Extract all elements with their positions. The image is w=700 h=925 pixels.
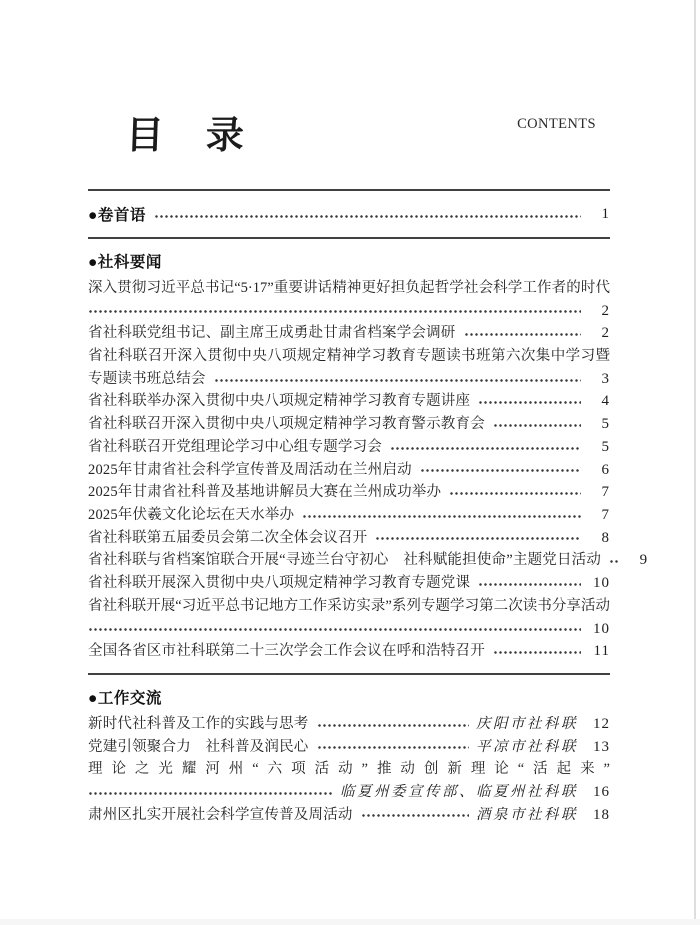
toc-entry-row: 肃州区扎实开展社会科学宣传普及周活动酒泉市社科联18	[88, 804, 610, 827]
page-number: 7	[588, 481, 610, 504]
leader-dots	[464, 322, 582, 345]
leader-dots	[88, 781, 333, 804]
contents-label: CONTENTS	[517, 116, 596, 133]
toc-entry-row: 党建引领聚合力 社科普及润民心平凉市社科联13	[88, 736, 610, 759]
toc-entry-title: 省社科联党组书记、副主席王成勇赴甘肃省档案学会调研	[88, 322, 456, 345]
toc-entry-row: 省社科联召开深入贯彻中央八项规定精神学习教育警示教育会5	[88, 413, 610, 436]
toc-entry-title: 肃州区扎实开展社会科学宣传普及周活动	[88, 804, 353, 827]
divider-rule	[88, 673, 610, 675]
page-number: 3	[588, 368, 610, 391]
entry-list: 深入贯彻习近平总书记“5·17”重要讲话精神更好担负起哲学社会科学工作者的时代使…	[88, 277, 610, 663]
toc-entry-row: 省社科联与省档案馆联合开展“寻迹兰台守初心 社科赋能担使命”主题党日活动9	[88, 549, 610, 572]
toc-entry: 省社科联与省档案馆联合开展“寻迹兰台守初心 社科赋能担使命”主题党日活动9	[88, 549, 610, 572]
toc-entry-title: 省社科联开展“习近平总书记地方工作采访实录”系列专题学习第二次读书分享活动	[88, 595, 610, 618]
toc-entry: 肃州区扎实开展社会科学宣传普及周活动酒泉市社科联18	[88, 804, 610, 827]
content-area: 目 录 CONTENTS ●卷首语 1 ●社科要闻深入贯彻习近平总书记“5·17…	[88, 0, 610, 835]
toc-entry: 理论之光耀河州“六项活动”推动创新理论“活起来”临夏州委宣传部、临夏州社科联16	[88, 758, 610, 803]
page-number: 11	[588, 640, 610, 663]
toc-entry-title: 深入贯彻习近平总书记“5·17”重要讲话精神更好担负起哲学社会科学工作者的时代使…	[88, 277, 610, 300]
toc-entry-title: 省社科联召开深入贯彻中央八项规定精神学习教育专题读书班第六次集中学习暨	[88, 345, 610, 368]
toc-entry: 2025年伏羲文化论坛在天水举办7	[88, 504, 610, 527]
toc-entry-title: 省社科联召开深入贯彻中央八项规定精神学习教育警示教育会	[88, 413, 485, 436]
page-header: 目 录 CONTENTS	[88, 0, 610, 189]
toc-entry-title: 省社科联第五届委员会第二次全体会议召开	[88, 527, 367, 550]
page-number: 2	[588, 322, 610, 345]
toc-entry: 2025年甘肃省社会科学宣传普及周活动在兰州启动6	[88, 459, 610, 482]
page-number: 9	[626, 549, 648, 572]
toc-entry-title: 省社科联召开党组理论学习中心组专题学习会	[88, 436, 382, 459]
toc-entry-title: 省社科联举办深入贯彻中央八项规定精神学习教育专题讲座	[88, 390, 470, 413]
toc-entry-title: 2025年伏羲文化论坛在天水举办	[88, 504, 294, 527]
toc-entry-row: 专题读书班总结会3	[88, 368, 610, 391]
toc-entry-title: 全国各省区市社科联第二十三次学会工作会议在呼和浩特召开	[88, 640, 485, 663]
toc-entry-row: 省社科联举办深入贯彻中央八项规定精神学习教育专题讲座4	[88, 390, 610, 413]
entry-list: 新时代社科普及工作的实践与思考庆阳市社科联12党建引领聚合力 社科普及润民心平凉…	[88, 713, 610, 827]
leader-dots	[302, 504, 581, 527]
author-name: 庆阳市社科联	[476, 713, 578, 736]
toc-entry-title: 2025年甘肃省社科普及基地讲解员大赛在兰州成功举办	[88, 481, 441, 504]
toc-entry-continuation: 专题读书班总结会	[88, 368, 206, 391]
page-number: 2	[588, 300, 610, 323]
toc-entry-title: 新时代社科普及工作的实践与思考	[88, 713, 309, 736]
toc-entry: 省社科联党组书记、副主席王成勇赴甘肃省档案学会调研2	[88, 322, 610, 345]
page-edge-shadow	[694, 0, 696, 925]
leader-dots	[478, 390, 581, 413]
toc-entry-row: 10	[88, 618, 610, 641]
toc-entry-title: 理论之光耀河州“六项活动”推动创新理论“活起来”	[88, 758, 610, 781]
author-name: 平凉市社科联	[476, 736, 578, 759]
page-bottom-shadow	[0, 919, 700, 925]
toc-entry: 党建引领聚合力 社科普及润民心平凉市社科联13	[88, 736, 610, 759]
toc-entry-row: 2025年甘肃省社科普及基地讲解员大赛在兰州成功举办7	[88, 481, 610, 504]
page-number: 16	[588, 781, 610, 804]
page-number: 10	[588, 618, 610, 641]
divider-rule-mid	[88, 237, 610, 239]
toc-entry: 省社科联开展深入贯彻中央八项规定精神学习教育专题党课10	[88, 572, 610, 595]
author-name: 临夏州委宣传部、临夏州社科联	[340, 781, 578, 804]
leader-dots	[449, 481, 581, 504]
page-number: 1	[588, 206, 610, 223]
toc-entry-title: 省社科联与省档案馆联合开展“寻迹兰台守初心 社科赋能担使命”主题党日活动	[88, 549, 601, 572]
toc-entry-row: 2025年伏羲文化论坛在天水举办7	[88, 504, 610, 527]
leader-dots	[361, 804, 469, 827]
page-number: 13	[588, 736, 610, 759]
toc-entry: 深入贯彻习近平总书记“5·17”重要讲话精神更好担负起哲学社会科学工作者的时代使…	[88, 277, 610, 322]
toc-entry: 省社科联召开深入贯彻中央八项规定精神学习教育专题读书班第六次集中学习暨专题读书班…	[88, 345, 610, 390]
toc-entry-title: 省社科联开展深入贯彻中央八项规定精神学习教育专题党课	[88, 572, 470, 595]
toc-entry-row: 省社科联第五届委员会第二次全体会议召开8	[88, 527, 610, 550]
toc-entry-row: 全国各省区市社科联第二十三次学会工作会议在呼和浩特召开11	[88, 640, 610, 663]
leader-dots	[88, 618, 581, 641]
page-number: 4	[588, 390, 610, 413]
toc-entry-title: 2025年甘肃省社会科学宣传普及周活动在兰州启动	[88, 459, 412, 482]
leader-dots	[420, 459, 581, 482]
page-number: 12	[588, 713, 610, 736]
leader-dots	[88, 300, 581, 323]
preface-row: ●卷首语 1	[88, 191, 610, 237]
page-number: 7	[588, 504, 610, 527]
preface-label: ●卷首语	[88, 203, 146, 225]
toc-entry-row: 省社科联开展深入贯彻中央八项规定精神学习教育专题党课10	[88, 572, 610, 595]
leader-dots	[609, 549, 619, 572]
leader-dots	[390, 436, 581, 459]
page-number: 8	[588, 527, 610, 550]
page-number: 10	[588, 572, 610, 595]
page-number: 5	[588, 413, 610, 436]
leader-dots	[154, 191, 581, 237]
toc-page: 目 录 CONTENTS ●卷首语 1 ●社科要闻深入贯彻习近平总书记“5·17…	[0, 0, 700, 925]
toc-entry: 省社科联举办深入贯彻中央八项规定精神学习教育专题讲座4	[88, 390, 610, 413]
toc-entry: 新时代社科普及工作的实践与思考庆阳市社科联12	[88, 713, 610, 736]
leader-dots	[493, 413, 581, 436]
toc-entry: 省社科联第五届委员会第二次全体会议召开8	[88, 527, 610, 550]
toc-entry-row: 新时代社科普及工作的实践与思考庆阳市社科联12	[88, 713, 610, 736]
toc-entry-row: 临夏州委宣传部、临夏州社科联16	[88, 781, 610, 804]
toc-entry: 省社科联开展“习近平总书记地方工作采访实录”系列专题学习第二次读书分享活动10	[88, 595, 610, 640]
toc-entry: 全国各省区市社科联第二十三次学会工作会议在呼和浩特召开11	[88, 640, 610, 663]
toc-section: ●工作交流新时代社科普及工作的实践与思考庆阳市社科联12党建引领聚合力 社科普及…	[88, 687, 610, 827]
section-header: ●工作交流	[88, 687, 610, 710]
page-number: 5	[588, 436, 610, 459]
leader-dots	[478, 572, 581, 595]
page-number: 18	[588, 804, 610, 827]
toc-sections: ●社科要闻深入贯彻习近平总书记“5·17”重要讲话精神更好担负起哲学社会科学工作…	[88, 251, 610, 826]
toc-section: ●社科要闻深入贯彻习近平总书记“5·17”重要讲话精神更好担负起哲学社会科学工作…	[88, 251, 610, 663]
toc-entry: 省社科联召开深入贯彻中央八项规定精神学习教育警示教育会5	[88, 413, 610, 436]
author-name: 酒泉市社科联	[476, 804, 578, 827]
toc-entry-row: 省社科联党组书记、副主席王成勇赴甘肃省档案学会调研2	[88, 322, 610, 345]
toc-entry-row: 2	[88, 300, 610, 323]
leader-dots	[375, 527, 581, 550]
toc-entry-row: 省社科联召开党组理论学习中心组专题学习会5	[88, 436, 610, 459]
toc-entry-title: 党建引领聚合力 社科普及润民心	[88, 736, 309, 759]
leader-dots	[493, 640, 581, 663]
page-title: 目 录	[125, 104, 247, 159]
toc-entry: 2025年甘肃省社科普及基地讲解员大赛在兰州成功举办7	[88, 481, 610, 504]
page-number: 6	[588, 459, 610, 482]
toc-entry: 省社科联召开党组理论学习中心组专题学习会5	[88, 436, 610, 459]
leader-dots	[317, 713, 470, 736]
leader-dots	[214, 368, 581, 391]
leader-dots	[317, 736, 470, 759]
section-header: ●社科要闻	[88, 251, 610, 274]
toc-entry-row: 2025年甘肃省社会科学宣传普及周活动在兰州启动6	[88, 459, 610, 482]
